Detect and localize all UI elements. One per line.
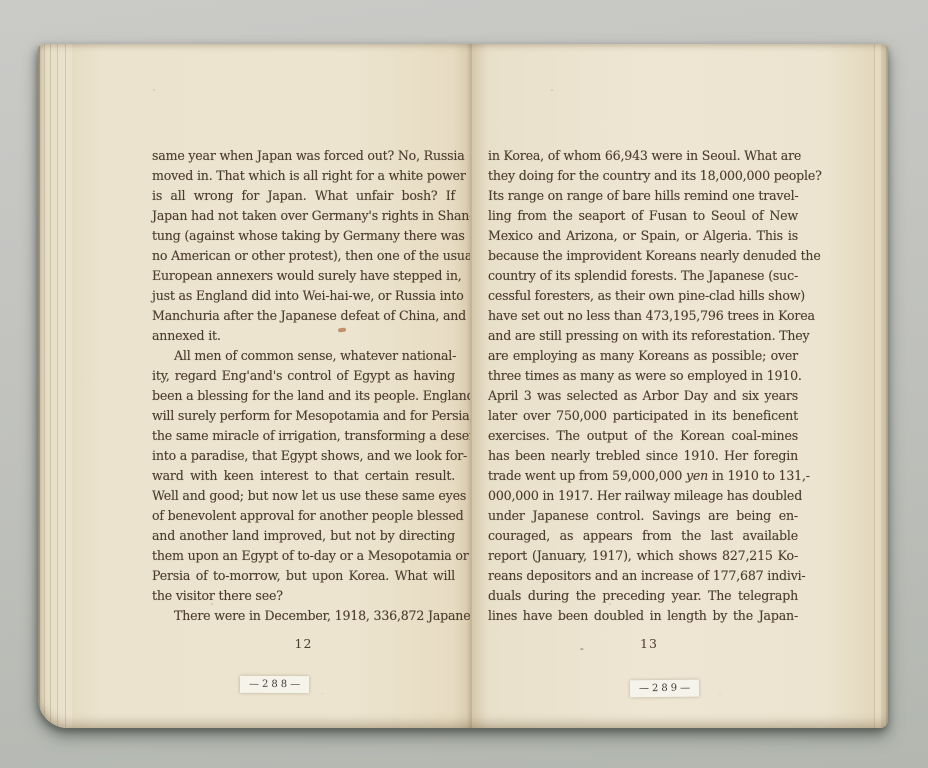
text-line: tung (against whose taking by Germany th… [152,226,455,246]
text-line: and are still pressing on with its refor… [488,326,798,346]
text-line: ling from the seaport of Fusan to Seoul … [488,206,798,226]
text-line: lines have been doubled in length by the… [488,606,798,626]
text-line: in Korea, of whom 66,943 were in Seoul. … [488,146,798,166]
text-line: couraged, as appears from the last avail… [488,526,798,546]
text-line: All men of common sense, whatever nation… [152,346,455,366]
text-line: three times as many as were so employed … [488,366,798,386]
text-line: April 3 was selected as Arbor Day and si… [488,386,798,406]
text-line: duals during the preceding year. The tel… [488,586,798,606]
text-line: the same miracle of irrigation, transfor… [152,426,455,446]
fore-edge [874,44,888,728]
right-page-number: 13 [494,636,804,651]
text-line: annexed it. [152,326,455,346]
text-line: Japan had not taken over Germany's right… [152,206,455,226]
text-line: There were in December, 1918, 336,872 Ja… [152,606,455,626]
text-line: report (January, 1917), which shows 827,… [488,546,798,566]
text-line: reans depositors and an increase of 177,… [488,566,798,586]
text-line: exercises. The output of the Korean coal… [488,426,798,446]
text-line: because the improvident Koreans nearly d… [488,246,798,266]
text-line: of benevolent approval for another peopl… [152,506,455,526]
text-line: will surely perform for Mesopotamia and … [152,406,455,426]
text-line: ity, regard Eng'and's control of Egypt a… [152,366,455,386]
text-line: cessful foresters, as their own pine-cla… [488,286,798,306]
text-line: Mexico and Arizona, or Spain, or Algeria… [488,226,798,246]
text-line: 000,000 in 1917. Her railway mileage has… [488,486,798,506]
text-line: same year when Japan was forced out? No,… [152,146,455,166]
text-line: them upon an Egypt of to-day or a Mesopo… [152,546,455,566]
text-line: and another land improved, but not by di… [152,526,455,546]
open-book: same year when Japan was forced out? No,… [38,44,888,728]
text-line: Persia of to-morrow, but upon Korea. Wha… [152,566,455,586]
text-line: just as England did into Wei-hai-we, or … [152,286,455,306]
text-line: European annexers would surely have step… [152,266,455,286]
text-line: no American or other protest), then one … [152,246,455,266]
text-line: under Japanese control. Savings are bein… [488,506,798,526]
right-page-text: in Korea, of whom 66,943 were in Seoul. … [488,146,798,626]
text-line: has been nearly trebled since 1910. Her … [488,446,798,466]
text-line: is all wrong for Japan. What unfair bosh… [152,186,455,206]
left-page-number: 12 [152,636,455,651]
text-line: into a paradise, that Egypt shows, and w… [152,446,455,466]
left-page-stamp-label: —288— [240,676,309,693]
right-page-stamp-label: —289— [630,680,699,698]
text-line: country of its splendid forests. The Jap… [488,266,798,286]
text-line: they doing for the country and its 18,00… [488,166,798,186]
right-page: in Korea, of whom 66,943 were in Seoul. … [470,44,874,728]
left-page-text: same year when Japan was forced out? No,… [152,146,455,626]
text-line: Well and good; but now let us use these … [152,486,455,506]
text-line: the visitor there see? [152,586,455,606]
text-line: trade went up from 59,000,000 yen in 191… [488,466,798,486]
text-line: have set out no less than 473,195,796 tr… [488,306,798,326]
text-line: Its range on range of bare hills remind … [488,186,798,206]
left-page: same year when Japan was forced out? No,… [72,44,470,728]
text-line: later over 750,000 participated in its b… [488,406,798,426]
text-line: moved in. That which is all right for a … [152,166,455,186]
stacked-page-edges [38,44,72,728]
text-line: Manchuria after the Japanese defeat of C… [152,306,455,326]
text-line: ward with keen interest to that certain … [152,466,455,486]
text-line: been a blessing for the land and its peo… [152,386,455,406]
text-line: are employing as many Koreans as possibl… [488,346,798,366]
